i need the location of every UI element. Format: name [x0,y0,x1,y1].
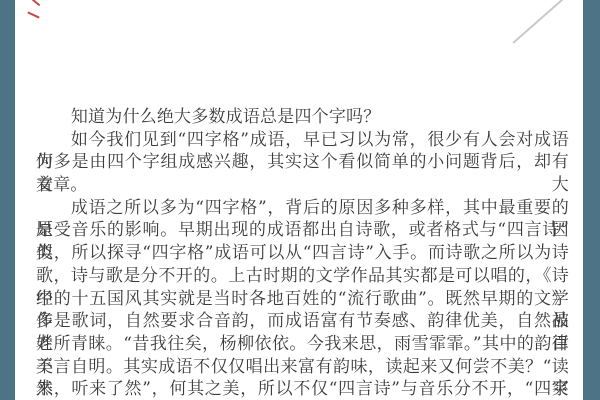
right-margin-bar [583,0,600,400]
text-line: 然，听来了然”，何其之美，所以不仅“四言诗”与音乐分不开，“四字 [36,378,569,400]
red-pen-stroke [27,11,40,18]
diagonal-scratch-line [512,0,563,44]
text-line: 中的十五国风其实就是当时各地百姓的“流行歌曲”。既然早期的文学作品 [36,288,569,311]
text-line: 是受音乐的影响。早期出现的成语都出自诗歌，或者格式与“四言诗”类 [36,219,569,242]
text-line: 成语之所以多为“四字格”，背后的原因多种多样，其中最重要的原因 [36,197,569,220]
text-line: 知道为什么绝大多数成语总是四个字吗？ [36,106,569,129]
red-pen-marks [24,0,48,36]
text-line: 似，所以探寻“四字格”成语可以从“四言诗”入手。而诗歌之所以为诗 [36,242,569,265]
red-pen-stroke [31,0,41,6]
text-line: 歌，诗与歌是分不开的。上古时期的文学作品其实都是可以唱的，《诗经》 [36,265,569,288]
text-line: 多是歌词，自然要求合音韵，而成语富有节奏感、韵律优美，自然被老百 [36,310,569,333]
text-line: 何多是由四个字组成感兴趣，其实这个看似简单的小问题背后，却有着大 [36,151,569,174]
text-line: 姓所青睐。“昔我往矣，杨柳依依。今我来思，雨雪霏霏。”其中的韵律美 [36,333,569,356]
text-line: 不言自明。其实成语不仅仅唱出来富有韵味，读起来又何尝不美？“读来爽 [36,356,569,379]
text-line: 如今我们见到“四字格”成语，早已习以为常，很少有人会对成语为 [36,129,569,152]
document-text: 知道为什么绝大多数成语总是四个字吗？如今我们见到“四字格”成语，早已习以为常，很… [36,106,569,400]
left-margin-bar [0,0,15,400]
scanned-book-page: 知道为什么绝大多数成语总是四个字吗？如今我们见到“四字格”成语，早已习以为常，很… [0,0,600,400]
